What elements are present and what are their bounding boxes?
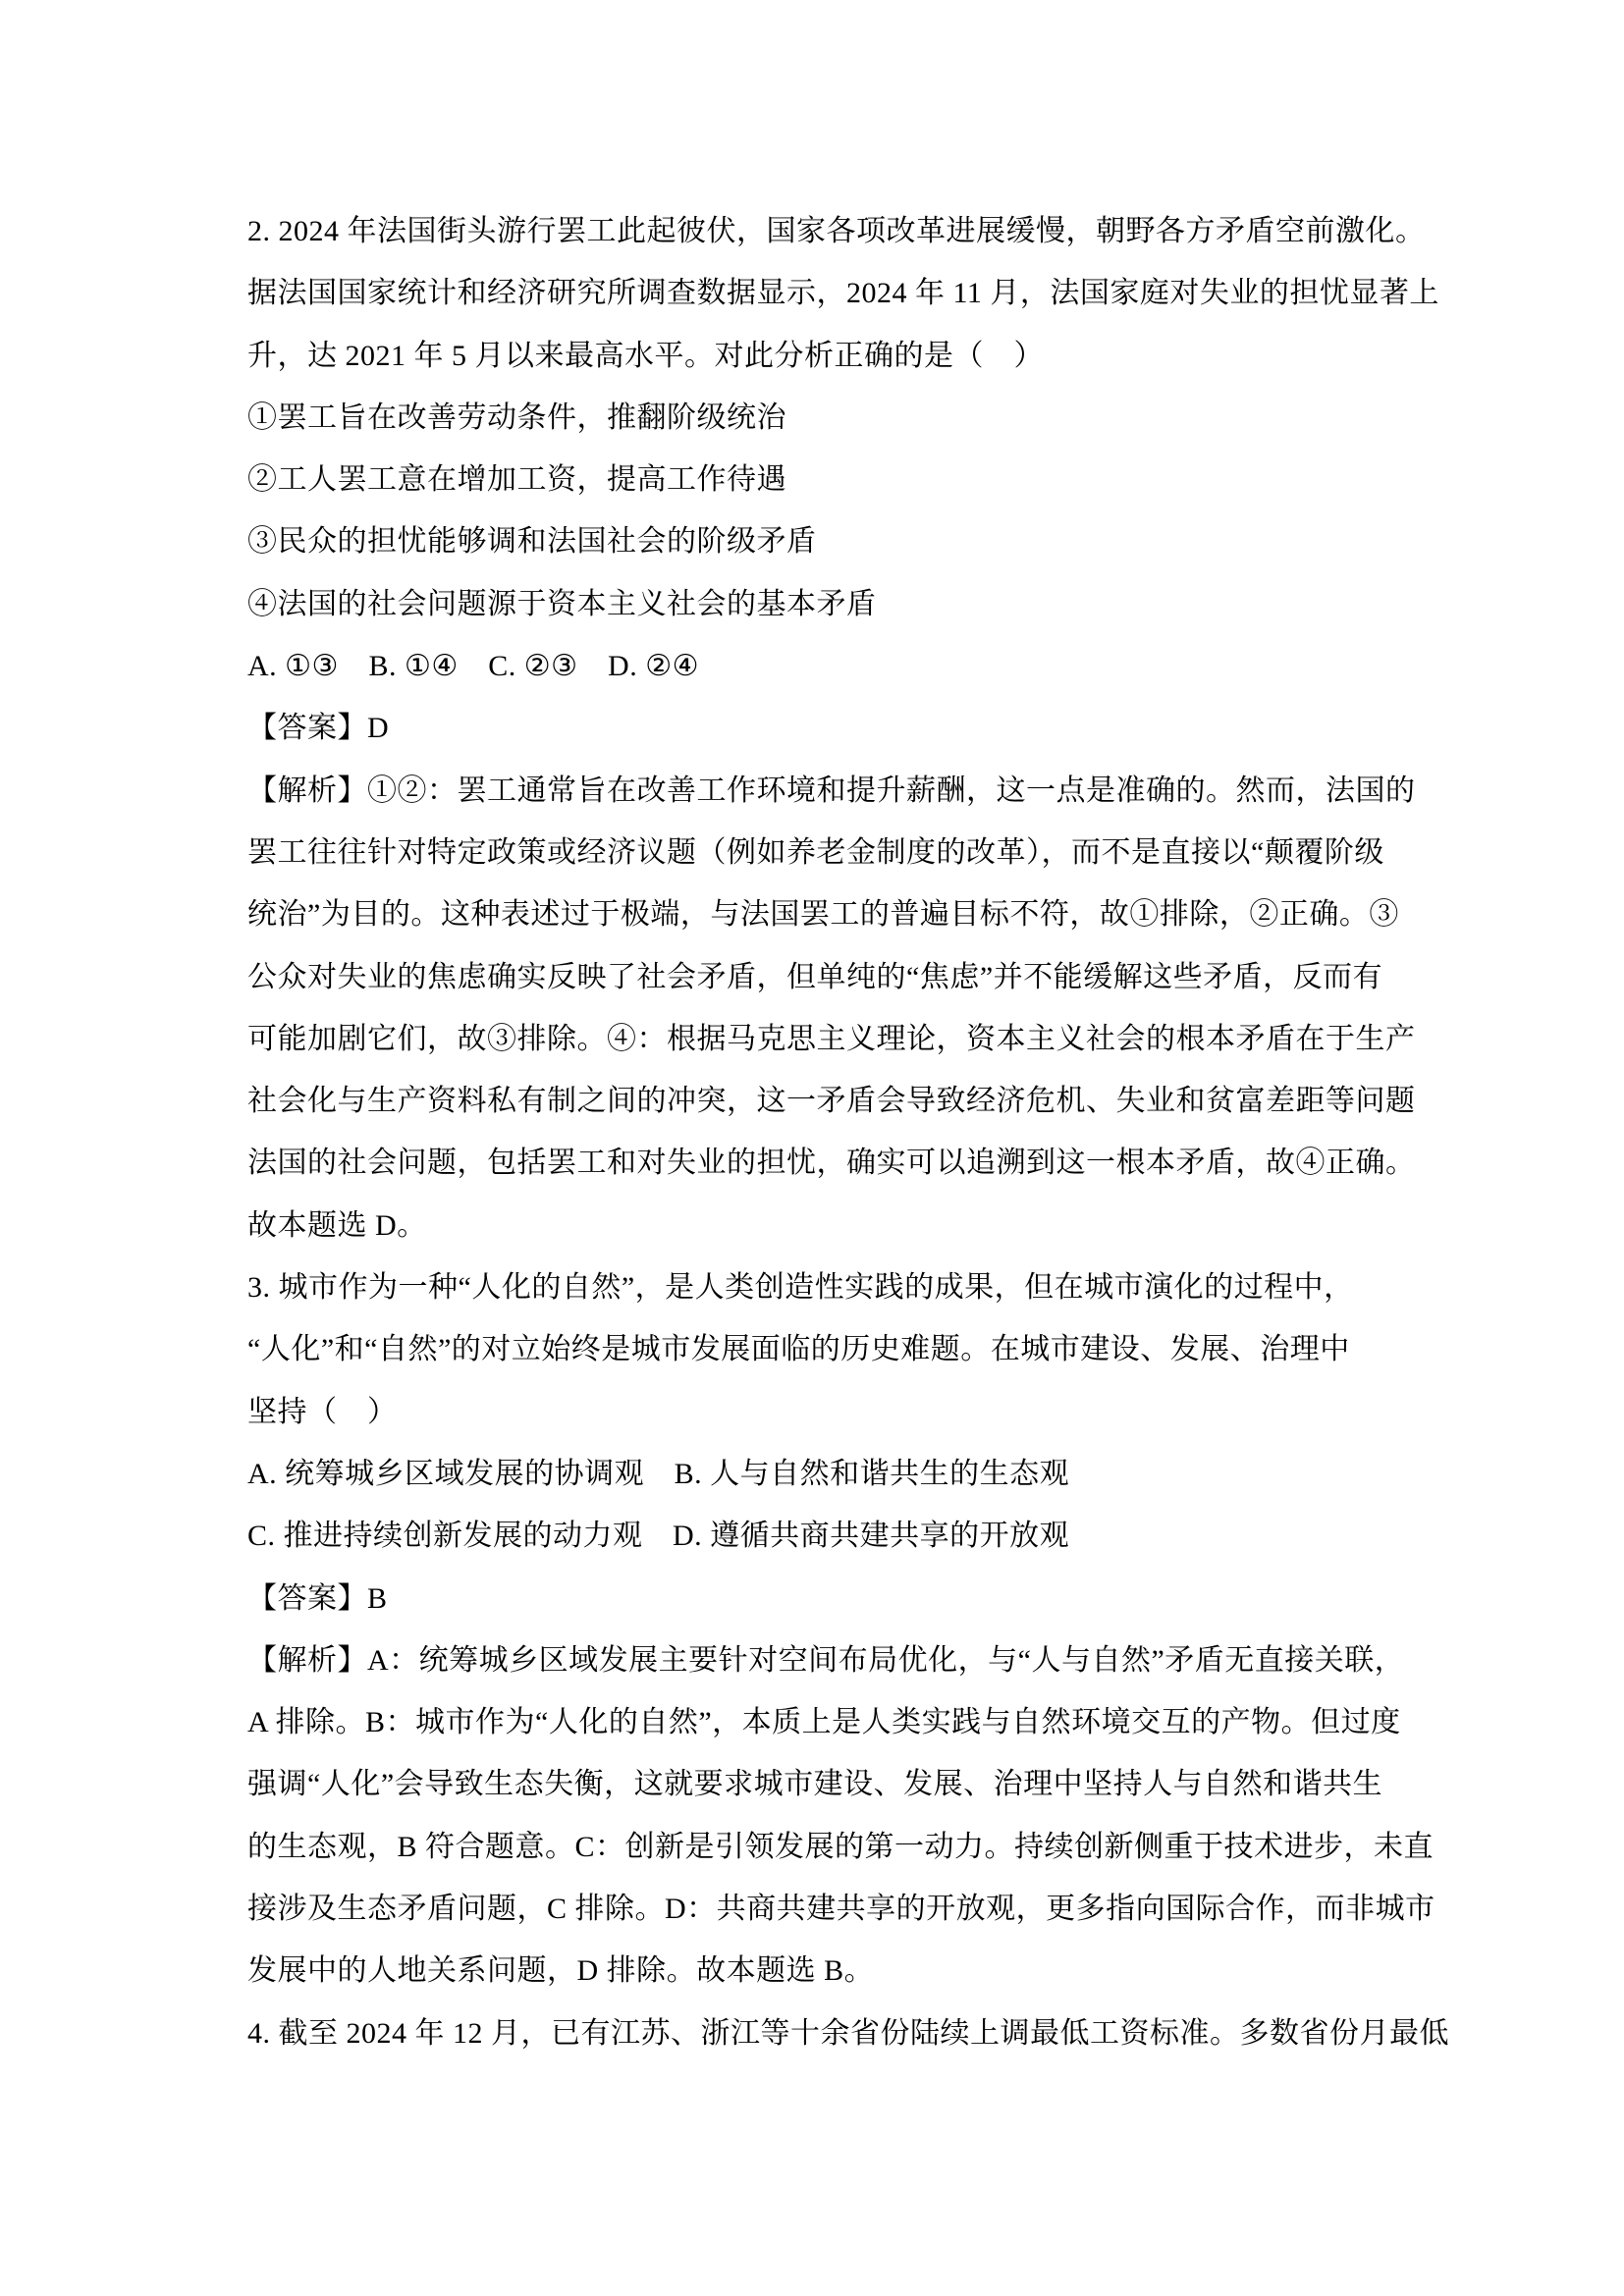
q2-stem-line-3: 升，达 2021 年 5 月以来最高水平。对此分析正确的是（ ） — [247, 325, 1396, 387]
q3-analysis-line-1: 【解析】A：统筹城乡区域发展主要针对空间布局优化，与“人与自然”矛盾无直接关联， — [247, 1629, 1396, 1691]
q3-stem-line-2: “人化”和“自然”的对立始终是城市发展面临的历史难题。在城市建设、发展、治理中 — [247, 1318, 1396, 1380]
q3-options-ab: A. 统筹城乡区域发展的协调观 B. 人与自然和谐共生的生态观 — [247, 1443, 1396, 1505]
q3-analysis-line-4: 的生态观，B 符合题意。C：创新是引领发展的第一动力。持续创新侧重于技术进步，未… — [247, 1816, 1396, 1878]
q2-analysis-line-4: 公众对失业的焦虑确实反映了社会矛盾，但单纯的“焦虑”并不能缓解这些矛盾，反而有 — [247, 946, 1396, 1008]
q2-item-3: ③民众的担忧能够调和法国社会的阶级矛盾 — [247, 510, 1396, 572]
q4-stem-line-1: 4. 截至 2024 年 12 月，已有江苏、浙江等十余省份陆续上调最低工资标准… — [247, 2002, 1396, 2064]
q2-item-4: ④法国的社会问题源于资本主义社会的基本矛盾 — [247, 573, 1396, 635]
q3-answer: 【答案】B — [247, 1568, 1396, 1629]
q2-analysis-line-8: 故本题选 D。 — [247, 1195, 1396, 1256]
q2-stem-line-1: 2. 2024 年法国街头游行罢工此起彼伏，国家各项改革进展缓慢，朝野各方矛盾空… — [247, 200, 1396, 262]
q3-stem-line-1: 3. 城市作为一种“人化的自然”，是人类创造性实践的成果，但在城市演化的过程中， — [247, 1256, 1396, 1318]
q3-analysis-line-3: 强调“人化”会导致生态失衡，这就要求城市建设、发展、治理中坚持人与自然和谐共生 — [247, 1753, 1396, 1815]
q3-analysis-line-6: 发展中的人地关系问题，D 排除。故本题选 B。 — [247, 1940, 1396, 2002]
q2-analysis-line-5: 可能加剧它们，故③排除。④：根据马克思主义理论，资本主义社会的根本矛盾在于生产 — [247, 1008, 1396, 1070]
q2-analysis-line-1: 【解析】①②：罢工通常旨在改善工作环境和提升薪酬，这一点是准确的。然而，法国的 — [247, 760, 1396, 822]
q2-answer: 【答案】D — [247, 697, 1396, 759]
q3-analysis-line-5: 接涉及生态矛盾问题，C 排除。D：共商共建共享的开放观，更多指向国际合作，而非城… — [247, 1878, 1396, 1940]
q2-options: A. ①③ B. ①④ C. ②③ D. ②④ — [247, 635, 1396, 697]
q2-analysis-line-2: 罢工往往针对特定政策或经济议题（例如养老金制度的改革），而不是直接以“颠覆阶级 — [247, 822, 1396, 883]
q2-item-2: ②工人罢工意在增加工资，提高工作待遇 — [247, 449, 1396, 510]
q3-analysis-line-2: A 排除。B：城市作为“人化的自然”，本质上是人类实践与自然环境交互的产物。但过… — [247, 1691, 1396, 1753]
q3-options-cd: C. 推进持续创新发展的动力观 D. 遵循共商共建共享的开放观 — [247, 1505, 1396, 1567]
document-page: 2. 2024 年法国街头游行罢工此起彼伏，国家各项改革进展缓慢，朝野各方矛盾空… — [0, 0, 1624, 2296]
q3-stem-line-3: 坚持（ ） — [247, 1381, 1396, 1443]
q2-analysis-line-7: 法国的社会问题，包括罢工和对失业的担忧，确实可以追溯到这一根本矛盾，故④正确。 — [247, 1132, 1396, 1194]
q2-stem-line-2: 据法国国家统计和经济研究所调查数据显示，2024 年 11 月，法国家庭对失业的… — [247, 262, 1396, 324]
q2-analysis-line-3: 统治”为目的。这种表述过于极端，与法国罢工的普遍目标不符，故①排除，②正确。③ — [247, 883, 1396, 945]
exam-text-block: 2. 2024 年法国街头游行罢工此起彼伏，国家各项改革进展缓慢，朝野各方矛盾空… — [247, 200, 1396, 2064]
q2-item-1: ①罢工旨在改善劳动条件，推翻阶级统治 — [247, 387, 1396, 449]
q2-analysis-line-6: 社会化与生产资料私有制之间的冲突，这一矛盾会导致经济危机、失业和贫富差距等问题 — [247, 1070, 1396, 1132]
